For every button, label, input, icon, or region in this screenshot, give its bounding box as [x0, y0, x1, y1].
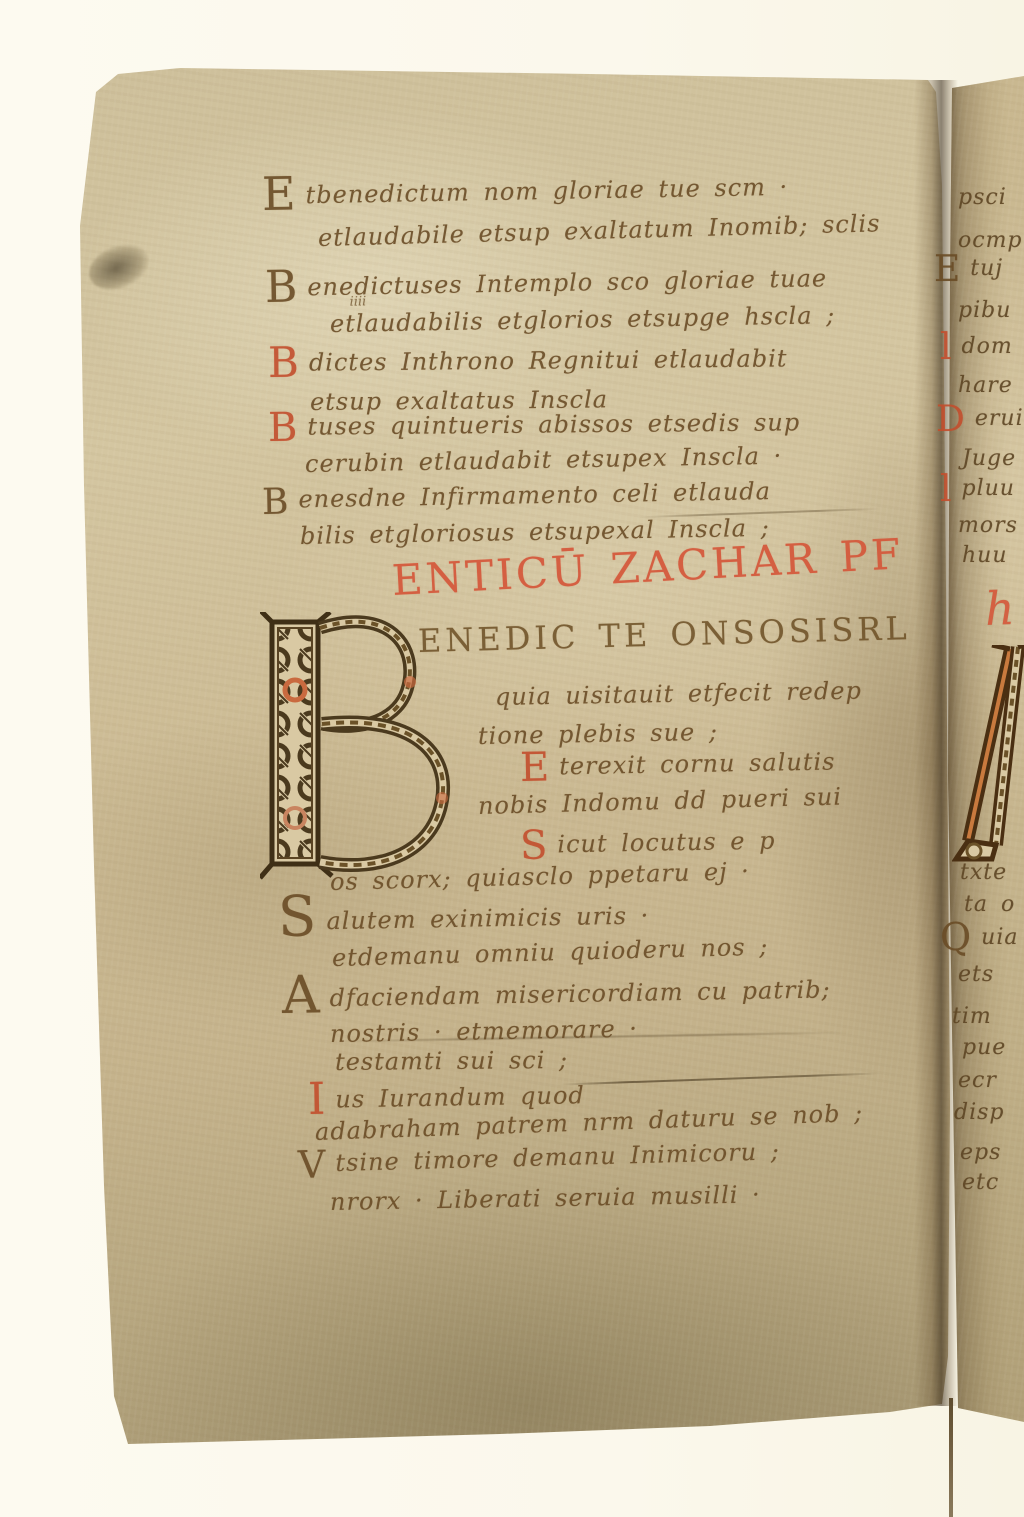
versal-initial: E: [934, 256, 961, 285]
line-text: huu: [962, 543, 1008, 568]
line-text: ets: [958, 962, 994, 987]
facing-page-line: huu: [962, 543, 1008, 568]
manuscript-line: testamti sui sci ;: [335, 1046, 568, 1076]
line-text: ta o: [964, 892, 1015, 917]
versal-initial-red: I: [308, 1082, 327, 1118]
line-text: icut locutus e p: [557, 827, 776, 859]
versal-initial: E: [262, 175, 297, 212]
versal-initial-red: E: [520, 751, 551, 784]
line-text: tbenedictum nom gloriae tue scm ·: [305, 173, 788, 209]
line-text: testamti sui sci ;: [335, 1046, 568, 1076]
line-text: tuses quintueris abissos etsedis sup: [307, 408, 800, 440]
line-text: disp: [954, 1100, 1005, 1125]
line-text: nostris · etmemorare ·: [330, 1015, 638, 1048]
line-text: uia: [981, 925, 1018, 950]
facing-page-line: tim: [952, 1004, 992, 1029]
facing-page-line: eps: [960, 1140, 1001, 1165]
facing-page-line: ta o: [964, 892, 1015, 917]
line-text: us Iurandum quod: [335, 1081, 585, 1113]
facing-page-line: pibu: [958, 298, 1011, 323]
line-text: dom: [962, 334, 1013, 359]
facing-page-line: txte: [960, 860, 1007, 885]
versal-initial: B: [262, 489, 290, 518]
line-text: dictes Inthrono Regnitui etlaudabit: [309, 344, 788, 376]
versal-initial: V: [298, 1149, 327, 1180]
line-text: pluu: [962, 476, 1015, 501]
facing-page-line: ets: [958, 962, 994, 987]
drop-cap-m-initial-partial: [952, 645, 1024, 863]
line-text: alutem exinimicis uris ·: [326, 902, 649, 936]
facing-page-line: psci: [958, 185, 1007, 210]
manuscript-line: Salutem exinimicis uris ·: [278, 890, 650, 941]
line-text: pibu: [958, 298, 1011, 323]
manuscript-line: tione plebis sue ;: [478, 718, 718, 750]
binding-edge: [949, 1398, 953, 1517]
manuscript-line: Btuses quintueris abissos etsedis sup: [268, 407, 800, 444]
facing-page-line: Juge: [962, 446, 1016, 471]
versal-initial: A: [282, 975, 321, 1017]
line-text: hare: [958, 373, 1013, 398]
line-text: ocmp: [958, 228, 1023, 253]
versal-initial: S: [278, 895, 318, 940]
facing-page-line: mors: [958, 513, 1018, 538]
manuscript-line: nostris · etmemorare ·: [330, 1015, 638, 1048]
line-text: txte: [960, 860, 1007, 885]
facing-page-line: ldom: [940, 334, 1013, 363]
versal-initial-red: S: [520, 830, 549, 862]
versal-initial-red: D: [936, 406, 966, 435]
facing-page-line: ecr: [958, 1068, 997, 1093]
facing-page-line: Derui: [936, 406, 1024, 435]
line-text: mors: [958, 513, 1018, 538]
facing-page-line: pue: [962, 1035, 1006, 1060]
versal-initial-red: l: [940, 476, 953, 505]
versal-initial-red: B: [268, 346, 300, 380]
line-text: tim: [952, 1004, 992, 1029]
facing-page-line: etc: [962, 1170, 999, 1195]
facing-page-line: ocmp: [958, 228, 1023, 253]
facing-page-line: lpluu: [940, 476, 1015, 505]
line-text: pue: [962, 1035, 1006, 1060]
line-text: psci: [958, 185, 1007, 210]
line-text: terexit cornu salutis: [559, 747, 836, 780]
versal-initial: B: [265, 269, 299, 305]
interlinear-gloss: iiii: [349, 294, 366, 309]
line-text: dfaciendam misericordiam cu patrib;: [329, 975, 830, 1012]
versal-initial-red: l: [940, 334, 953, 363]
line-text: tione plebis sue ;: [478, 718, 718, 750]
line-text: erui: [975, 406, 1024, 431]
facing-page-line: Etuj: [934, 256, 1003, 285]
versal-initial-red: B: [268, 412, 299, 444]
manuscript-photo: Etbenedictum nom gloriae tue scm · etlau…: [0, 0, 1024, 1517]
facing-page-line: hare: [958, 373, 1013, 398]
facing-page-rubric-fragment: h: [984, 581, 1017, 636]
manuscript-line: Bdictes Inthrono Regnitui etlaudabit: [268, 341, 788, 379]
line-text: enedictuses Intemplo sco gloriae tuae: [307, 264, 827, 301]
line-text: eps: [960, 1140, 1001, 1165]
facing-page-line: Quia: [940, 922, 1018, 952]
versal-initial: Q: [940, 922, 972, 952]
line-text: Juge: [962, 446, 1016, 471]
rubric-text: h: [984, 581, 1017, 636]
facing-page-line: disp: [954, 1100, 1005, 1125]
manuscript-line: Eterexit cornu salutis: [520, 746, 836, 784]
line-text: ecr: [958, 1068, 997, 1093]
line-text: tuj: [970, 256, 1003, 281]
line-text: etc: [962, 1170, 999, 1195]
